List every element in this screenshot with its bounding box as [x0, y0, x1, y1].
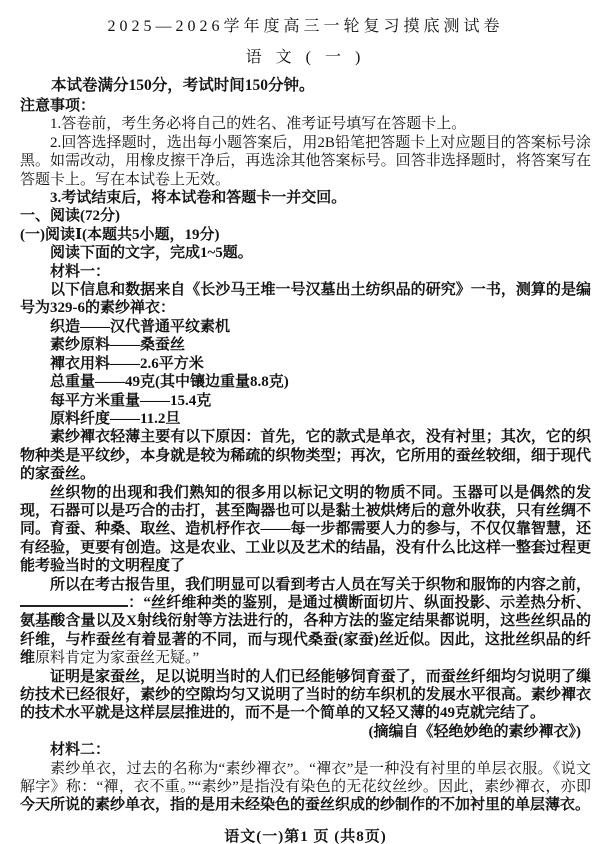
spec-line-fabric-used: 襌衣用料——2.6平方米	[20, 355, 591, 373]
material1-source-attribution: (摘编自《轻绝妙绝的素纱襌衣》)	[20, 723, 591, 741]
exam-paper-page: 2025—2026学年度高三一轮复习摸底测试卷 语 文 ( 一 ) 本试卷满分1…	[0, 0, 611, 844]
material2-paragraph: 素纱单衣，过去的名称为“素纱襌衣”。“襌衣”是一种没有衬里的单层衣服。《说文解字…	[20, 760, 591, 815]
exam-title: 2025—2026学年度高三一轮复习摸底测试卷	[20, 13, 591, 36]
exam-subject: 语 文 ( 一 )	[20, 44, 591, 67]
document-body: 注意事项： 1.答卷前，考生务必将自己的姓名、准考证号填写在答题卡上。 2.回答…	[20, 97, 591, 815]
material1-intro: 以下信息和数据来自《长沙马王堆一号汉墓出土纺织品的研究》一书，测算的是编号为32…	[20, 281, 591, 318]
spec-line-fiber-denier: 原料纤度——11.2旦	[20, 410, 591, 428]
notice-item-2: 2.回答选择题时，选出每小题答案后，用2B铅笔把答题卡上对应题目的答案标号涂黑。…	[20, 134, 591, 189]
paragraph3-lead-text: 所以在考古报告里，我们明显可以看到考古人员在写关于织物和服饰的内容之前，	[50, 577, 591, 593]
notices-heading: 注意事项：	[20, 97, 591, 115]
spec-line-raw-material: 素纱原料——桑蚕丝	[20, 336, 591, 354]
reading-section-heading: 一、阅读(72分)	[20, 207, 591, 225]
spec-line-weight-per-sqm: 每平方米重量——15.4克	[20, 392, 591, 410]
page-footer: 语文(一)第1 页 (共8页)	[20, 825, 591, 844]
reading-subsection-heading: (一)阅读Ⅰ(本题共5小题，19分)	[20, 226, 591, 244]
material2-label: 材料二：	[20, 741, 591, 759]
material1-label: 材料一：	[20, 263, 591, 281]
blank-underline	[20, 603, 128, 607]
material2-normal-text: 素纱单衣，过去的名称为“素纱襌衣”。“襌衣”是一种没有衬里的单层衣服。《说文解字…	[20, 761, 591, 795]
notice-item-1: 1.答卷前，考生务必将自己的姓名、准考证号填写在答题卡上。	[20, 115, 591, 133]
material1-paragraph-2: 丝织物的出现和我们熟知的很多用以标记文明的物质不同。玉器可以是偶然的发现，石器可…	[20, 484, 591, 576]
spec-line-total-weight: 总重量——49克(其中镶边重量8.8克)	[20, 373, 591, 391]
notice-item-3: 3.考试结束后，将本试卷和答题卡一并交回。	[20, 189, 591, 207]
material1-paragraph-3: 所以在考古报告里，我们明显可以看到考古人员在写关于织物和服饰的内容之前，：“丝纤…	[20, 576, 591, 668]
reading-instruction: 阅读下面的文字，完成1~5题。	[20, 244, 591, 262]
paragraph3-quote-end-text: 原料肯定为家蚕丝无疑。”	[35, 650, 199, 666]
material1-paragraph-1: 素纱襌衣轻薄主要有以下原因：首先，它的款式是单衣，没有衬里；其次，它的织物种类是…	[20, 428, 591, 483]
material2-bold-text: 今天所说的素纱单衣，指的是用未经染色的蚕丝织成的纱制作的不加衬里的单层薄衣。	[20, 797, 590, 813]
spec-line-weaving: 织造——汉代普通平纹素机	[20, 318, 591, 336]
score-time-note: 本试卷满分150分，考试时间150分钟。	[20, 73, 591, 95]
material1-paragraph-4: 证明是家蚕丝，足以说明当时的人们已经能够饲育蚕了，而蚕丝纤细均匀说明了缫纺技术已…	[20, 668, 591, 723]
material1-spec-list: 织造——汉代普通平纹素机 素纱原料——桑蚕丝 襌衣用料——2.6平方米 总重量—…	[20, 318, 591, 428]
